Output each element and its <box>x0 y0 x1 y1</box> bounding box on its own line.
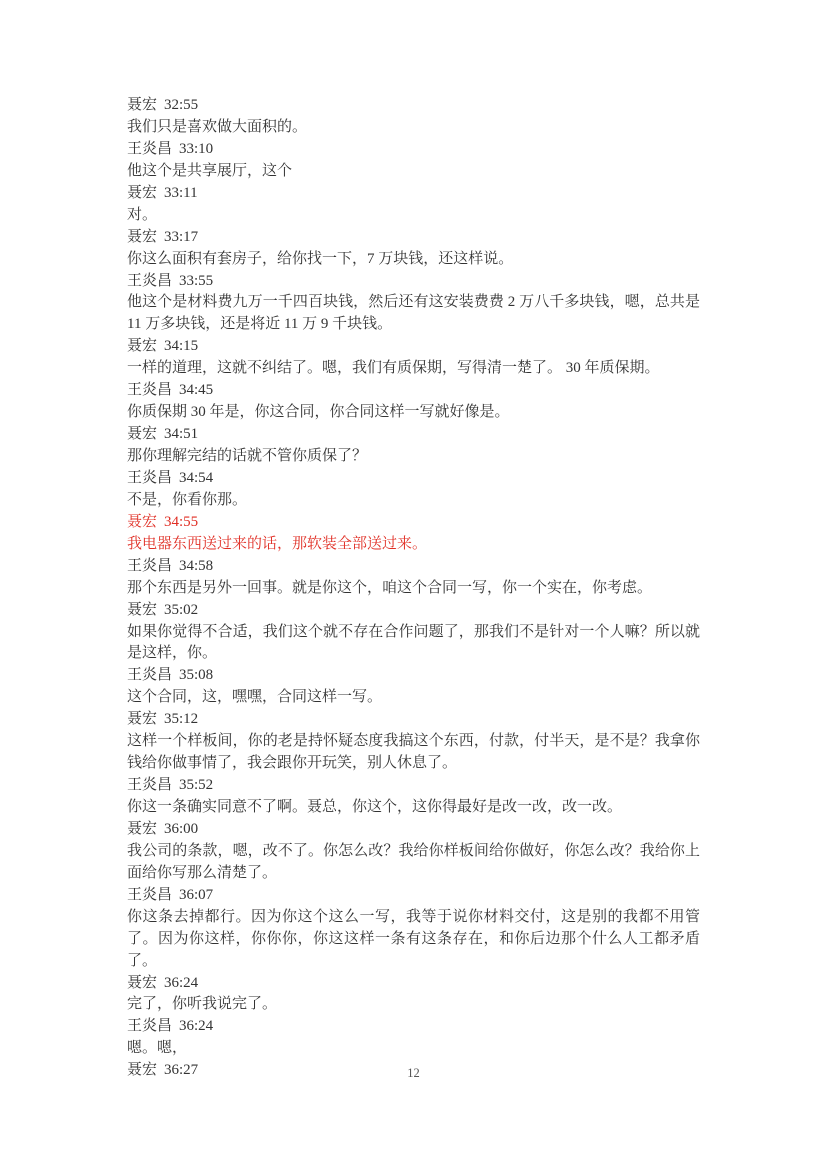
speaker-name: 聂宏 <box>127 514 157 530</box>
transcript-entry: 聂宏36:24 完了，你听我说完了。 <box>127 973 700 1017</box>
utterance-text: 你这么面积有套房子，给你找一下，7 万块钱，还这样说。 <box>127 249 700 271</box>
speaker-line: 聂宏34:51 <box>127 424 700 446</box>
speaker-name: 聂宏 <box>127 338 157 354</box>
utterance-text: 对。 <box>127 205 700 227</box>
transcript: 聂宏32:55 我们只是喜欢做大面积的。 王炎昌33:10 他这个是共享展厅，这… <box>127 95 700 1082</box>
transcript-entry: 王炎昌35:08 这个合同，这，嘿嘿，合同这样一写。 <box>127 665 700 709</box>
speaker-name: 王炎昌 <box>127 382 172 398</box>
timestamp: 33:17 <box>164 229 198 245</box>
timestamp: 36:00 <box>164 821 198 837</box>
speaker-name: 王炎昌 <box>127 887 172 903</box>
timestamp: 33:10 <box>179 141 213 157</box>
transcript-entry: 聂宏34:55 我电器东西送过来的话，那软装全部送过来。 <box>127 512 700 556</box>
speaker-name: 王炎昌 <box>127 777 172 793</box>
transcript-entry: 聂宏35:02 如果你觉得不合适，我们这个就不存在合作问题了，那我们不是针对一个… <box>127 600 700 666</box>
transcript-entry: 聂宏34:51 那你理解完结的话就不管你质保了？ <box>127 424 700 468</box>
transcript-entry: 王炎昌36:24 嗯。嗯， <box>127 1016 700 1060</box>
timestamp: 35:08 <box>179 667 213 683</box>
timestamp: 35:52 <box>179 777 213 793</box>
speaker-line: 王炎昌33:10 <box>127 139 700 161</box>
speaker-line: 聂宏35:12 <box>127 709 700 731</box>
transcript-entry: 聂宏32:55 我们只是喜欢做大面积的。 <box>127 95 700 139</box>
speaker-name: 王炎昌 <box>127 273 172 289</box>
utterance-text: 那你理解完结的话就不管你质保了？ <box>127 446 700 468</box>
speaker-line: 聂宏36:24 <box>127 973 700 995</box>
timestamp: 34:45 <box>179 382 213 398</box>
speaker-line: 聂宏32:55 <box>127 95 700 117</box>
speaker-name: 聂宏 <box>127 229 157 245</box>
speaker-name: 聂宏 <box>127 426 157 442</box>
utterance-text: 嗯。嗯， <box>127 1038 700 1060</box>
speaker-line: 王炎昌33:55 <box>127 271 700 293</box>
speaker-name: 王炎昌 <box>127 667 172 683</box>
utterance-text: 你这条去掉都行。因为你这个这么一写，我等于说你材料交付，这是别的我都不用管了。因… <box>127 907 700 973</box>
timestamp: 34:54 <box>179 470 213 486</box>
utterance-text: 这样一个样板间，你的老是持怀疑态度我搞这个东西，付款，付半天，是不是？我拿你钱给… <box>127 731 700 775</box>
transcript-entry: 聂宏33:17 你这么面积有套房子，给你找一下，7 万块钱，还这样说。 <box>127 227 700 271</box>
timestamp: 36:24 <box>164 975 198 991</box>
timestamp: 34:55 <box>164 514 198 530</box>
speaker-line: 王炎昌34:58 <box>127 556 700 578</box>
transcript-entry: 王炎昌35:52 你这一条确实同意不了啊。聂总，你这个，这你得最好是改一改，改一… <box>127 775 700 819</box>
timestamp: 35:02 <box>164 602 198 618</box>
speaker-name: 聂宏 <box>127 602 157 618</box>
transcript-entry: 王炎昌34:54 不是，你看你那。 <box>127 468 700 512</box>
speaker-line: 聂宏33:11 <box>127 183 700 205</box>
timestamp: 33:55 <box>179 273 213 289</box>
speaker-line: 聂宏34:55 <box>127 512 700 534</box>
timestamp: 36:07 <box>179 887 213 903</box>
utterance-text: 我们只是喜欢做大面积的。 <box>127 117 700 139</box>
utterance-text: 我公司的条款，嗯，改不了。你怎么改？我给你样板间给你做好，你怎么改？我给你上面给… <box>127 841 700 885</box>
utterance-text: 如果你觉得不合适，我们这个就不存在合作问题了，那我们不是针对一个人嘛？所以就是这… <box>127 622 700 666</box>
speaker-line: 王炎昌34:45 <box>127 380 700 402</box>
utterance-text: 这个合同，这，嘿嘿，合同这样一写。 <box>127 687 700 709</box>
speaker-name: 聂宏 <box>127 821 157 837</box>
page-footer: 12 <box>0 1064 827 1082</box>
transcript-entry: 王炎昌34:58 那个东西是另外一回事。就是你这个，咱这个合同一写，你一个实在，… <box>127 556 700 600</box>
utterance-text: 一样的道理，这就不纠结了。嗯，我们有质保期，写得清一楚了。 30 年质保期。 <box>127 358 700 380</box>
speaker-line: 王炎昌34:54 <box>127 468 700 490</box>
utterance-text: 他这个是共享展厅，这个 <box>127 161 700 183</box>
speaker-name: 王炎昌 <box>127 141 172 157</box>
transcript-entry: 王炎昌36:07 你这条去掉都行。因为你这个这么一写，我等于说你材料交付，这是别… <box>127 885 700 973</box>
utterance-text: 你质保期 30 年是，你这合同，你合同这样一写就好像是。 <box>127 402 700 424</box>
speaker-line: 聂宏33:17 <box>127 227 700 249</box>
speaker-line: 王炎昌35:08 <box>127 665 700 687</box>
timestamp: 34:58 <box>179 558 213 574</box>
transcript-entry: 聂宏35:12 这样一个样板间，你的老是持怀疑态度我搞这个东西，付款，付半天，是… <box>127 709 700 775</box>
transcript-entry: 王炎昌33:10 他这个是共享展厅，这个 <box>127 139 700 183</box>
timestamp: 34:15 <box>164 338 198 354</box>
utterance-text: 我电器东西送过来的话，那软装全部送过来。 <box>127 534 700 556</box>
timestamp: 35:12 <box>164 711 198 727</box>
speaker-name: 聂宏 <box>127 711 157 727</box>
speaker-name: 王炎昌 <box>127 470 172 486</box>
transcript-entry: 王炎昌34:45 你质保期 30 年是，你这合同，你合同这样一写就好像是。 <box>127 380 700 424</box>
speaker-name: 聂宏 <box>127 185 157 201</box>
utterance-text: 他这个是材料费九万一千四百块钱，然后还有这安装费费 2 万八千多块钱，嗯，总共是… <box>127 292 700 336</box>
speaker-name: 聂宏 <box>127 97 157 113</box>
speaker-line: 王炎昌36:24 <box>127 1016 700 1038</box>
utterance-text: 那个东西是另外一回事。就是你这个，咱这个合同一写，你一个实在，你考虑。 <box>127 578 700 600</box>
speaker-line: 聂宏34:15 <box>127 336 700 358</box>
transcript-entry: 聂宏36:00 我公司的条款，嗯，改不了。你怎么改？我给你样板间给你做好，你怎么… <box>127 819 700 885</box>
utterance-text: 完了，你听我说完了。 <box>127 994 700 1016</box>
speaker-name: 王炎昌 <box>127 558 172 574</box>
utterance-text: 不是，你看你那。 <box>127 490 700 512</box>
speaker-name: 王炎昌 <box>127 1018 172 1034</box>
transcript-entry: 聂宏34:15 一样的道理，这就不纠结了。嗯，我们有质保期，写得清一楚了。 30… <box>127 336 700 380</box>
speaker-line: 聂宏36:00 <box>127 819 700 841</box>
transcript-entry: 聂宏33:11 对。 <box>127 183 700 227</box>
timestamp: 32:55 <box>164 97 198 113</box>
transcript-entry: 王炎昌33:55 他这个是材料费九万一千四百块钱，然后还有这安装费费 2 万八千… <box>127 271 700 337</box>
timestamp: 34:51 <box>164 426 198 442</box>
timestamp: 33:11 <box>164 185 198 201</box>
timestamp: 36:24 <box>179 1018 213 1034</box>
speaker-name: 聂宏 <box>127 975 157 991</box>
utterance-text: 你这一条确实同意不了啊。聂总，你这个，这你得最好是改一改，改一改。 <box>127 797 700 819</box>
speaker-line: 聂宏35:02 <box>127 600 700 622</box>
document-page: 聂宏32:55 我们只是喜欢做大面积的。 王炎昌33:10 他这个是共享展厅，这… <box>0 0 827 1169</box>
speaker-line: 王炎昌36:07 <box>127 885 700 907</box>
speaker-line: 王炎昌35:52 <box>127 775 700 797</box>
page-number: 12 <box>407 1066 420 1080</box>
